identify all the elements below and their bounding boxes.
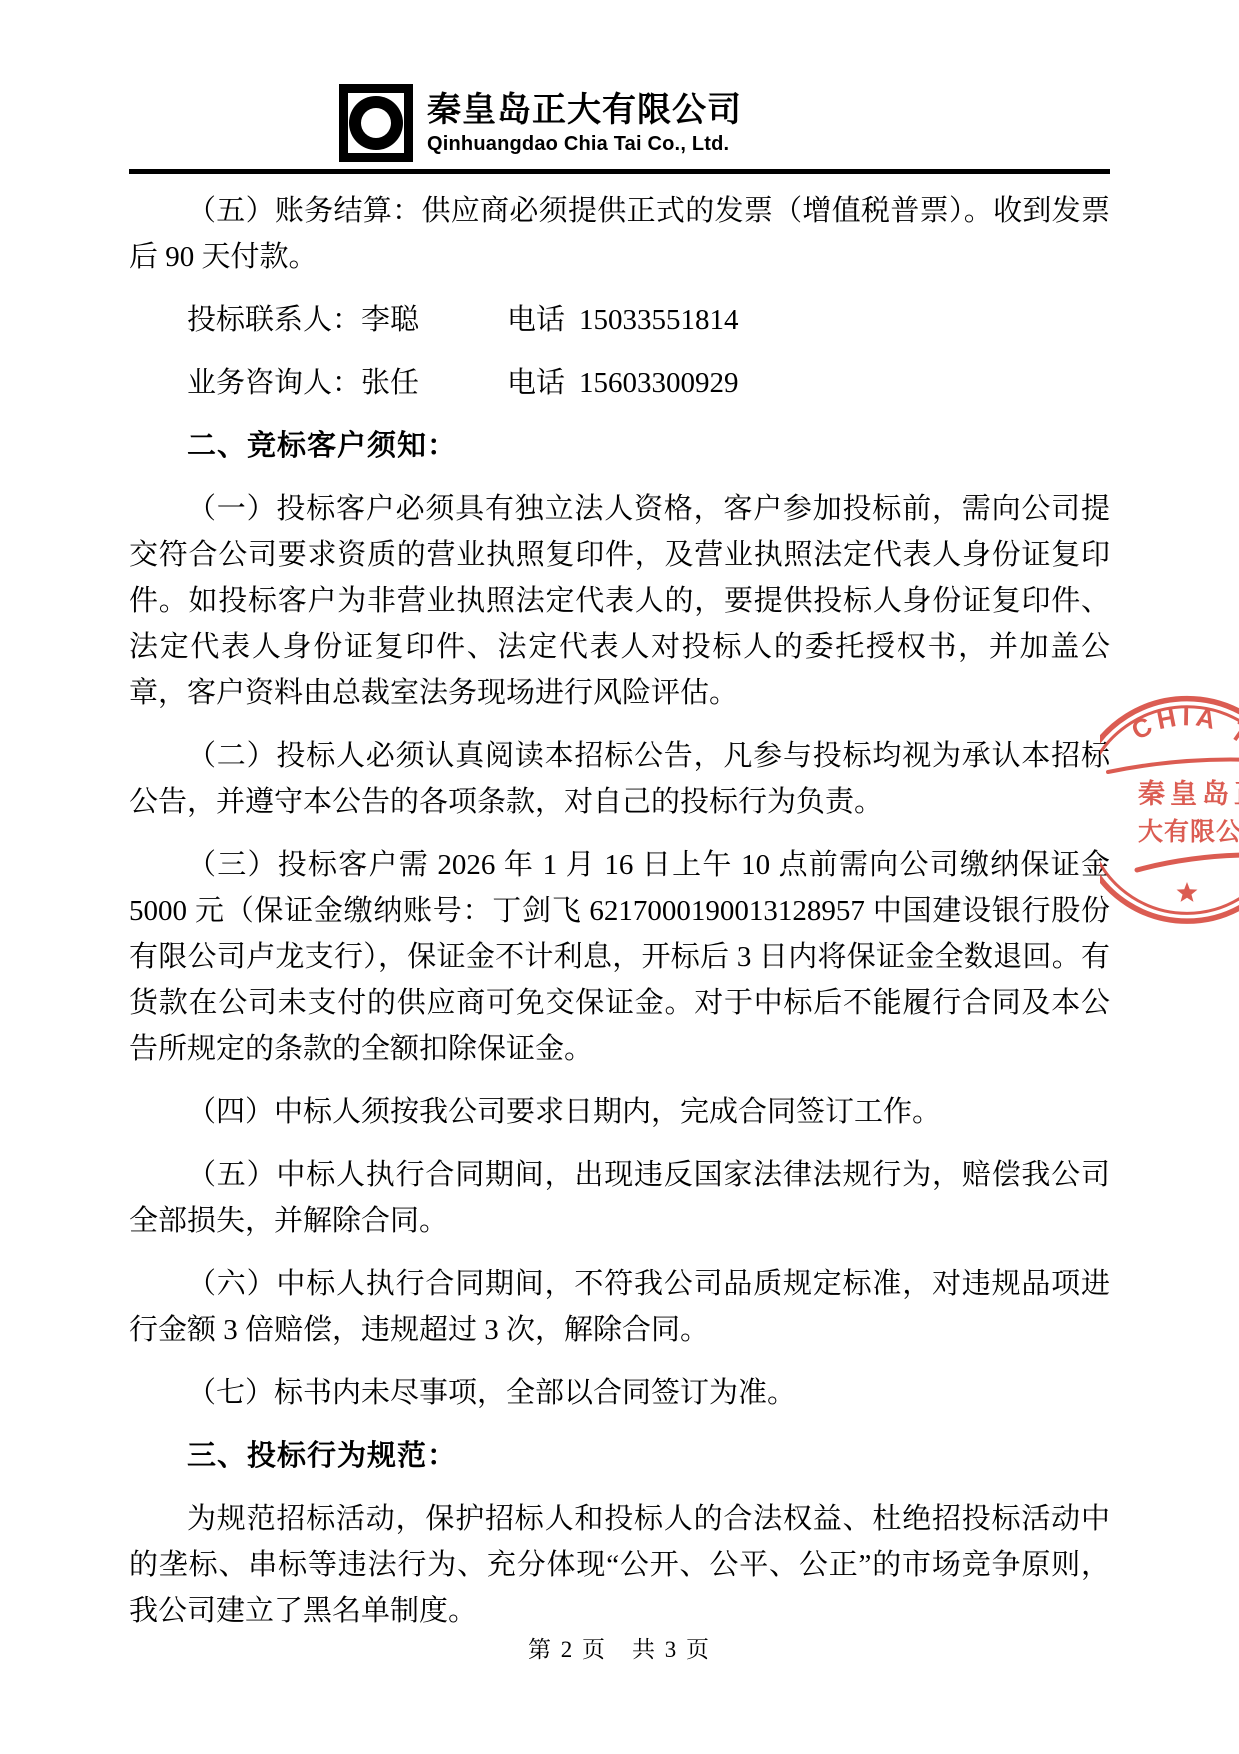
notice-item-2: （二）投标人必须认真阅读本招标公告，凡参与投标均视为承认本招标公告，并遵守本公告… [129, 733, 1110, 825]
document-page: 秦皇岛正大有限公司 Qinhuangdao Chia Tai Co., Ltd.… [0, 0, 1239, 1754]
bid-contact-line: 投标联系人：李聪电话15033551814 [129, 297, 1110, 343]
notice-item-4: （四）中标人须按我公司要求日期内，完成合同签订工作。 [129, 1089, 1110, 1135]
bid-contact-label: 投标联系人： [187, 304, 361, 336]
bid-phone-number: 15033551814 [579, 304, 739, 336]
settlement-paragraph: （五）账务结算：供应商必须提供正式的发票（增值税普票）。收到发票后 90 天付款… [129, 188, 1110, 280]
company-logo-icon [339, 84, 413, 162]
section3-intro-paragraph: 为规范招标活动，保护招标人和投标人的合法权益、杜绝招投标活动中的垄标、串标等违法… [129, 1496, 1110, 1634]
business-phone-label: 电话 [507, 367, 565, 399]
company-name-en: Qinhuangdao Chia Tai Co., Ltd. [427, 133, 742, 155]
notice-item-7: （七）标书内未尽事项，全部以合同签订为准。 [129, 1370, 1110, 1416]
section3-heading: 三、投标行为规范： [129, 1433, 1110, 1479]
header-divider [129, 169, 1110, 174]
notice-item-6: （六）中标人执行合同期间，不符我公司品质规定标准，对违规品项进行金额 3 倍赔偿… [129, 1261, 1110, 1353]
business-contact-label: 业务咨询人： [187, 367, 361, 399]
section2-heading: 二、竞标客户须知： [129, 423, 1110, 469]
business-contact-name: 张任 [361, 367, 419, 399]
company-name-block: 秦皇岛正大有限公司 Qinhuangdao Chia Tai Co., Ltd. [427, 91, 742, 155]
page-content: 秦皇岛正大有限公司 Qinhuangdao Chia Tai Co., Ltd.… [0, 0, 1239, 1634]
notice-item-3: （三）投标客户需 2026 年 1 月 16 日上午 10 点前需向公司缴纳保证… [129, 842, 1110, 1072]
notice-item-1: （一）投标客户必须具有独立法人资格，客户参加投标前，需向公司提交符合公司要求资质… [129, 486, 1110, 716]
notice-item-5: （五）中标人执行合同期间，出现违反国家法律法规行为，赔偿我公司全部损失，并解除合… [129, 1152, 1110, 1244]
business-phone-number: 15603300929 [579, 367, 739, 399]
page-number-footer: 第 2 页 共 3 页 [0, 1631, 1239, 1664]
bid-contact-name: 李聪 [361, 304, 419, 336]
company-header: 秦皇岛正大有限公司 Qinhuangdao Chia Tai Co., Ltd. [339, 0, 1110, 162]
company-name-cn: 秦皇岛正大有限公司 [427, 91, 742, 130]
bid-phone-label: 电话 [507, 304, 565, 336]
business-contact-line: 业务咨询人：张任电话15603300929 [129, 360, 1110, 406]
